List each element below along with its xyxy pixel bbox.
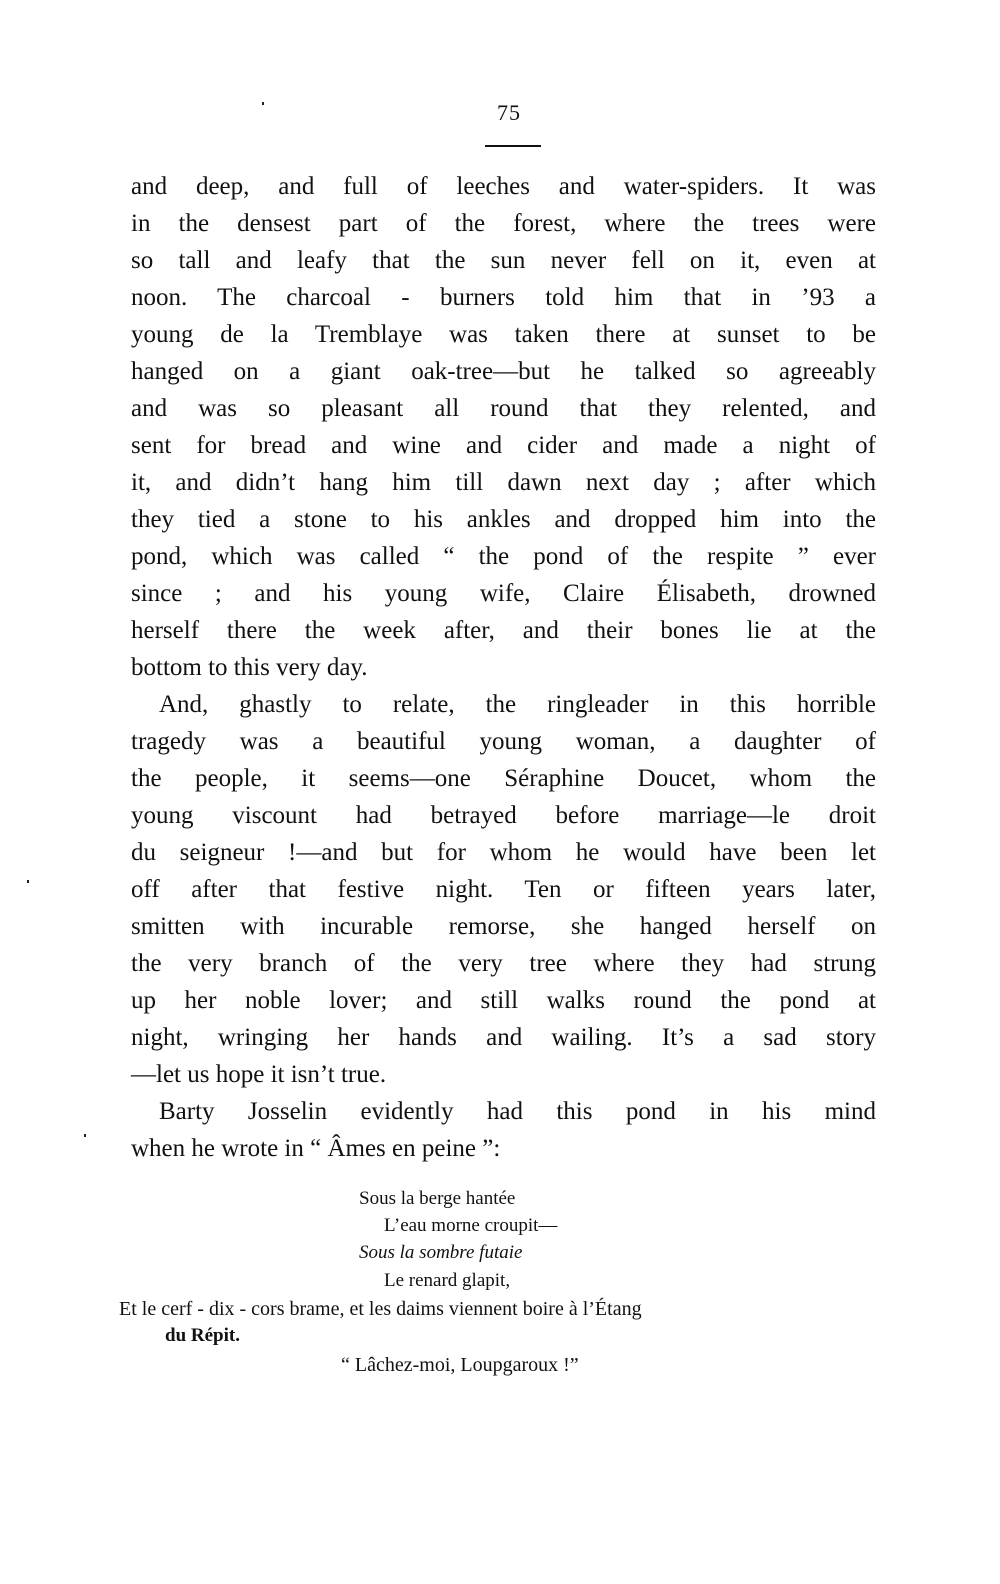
- text-line: when he wrote in “ Âmes en peine ”:: [131, 1130, 876, 1167]
- text-line: the very branch of the very tree where t…: [131, 945, 876, 982]
- text-line: since ; and his young wife, Claire Élisa…: [131, 575, 876, 612]
- verse-line: du Répit.: [165, 1321, 240, 1351]
- text-line: young viscount had betrayed before marri…: [131, 797, 876, 834]
- verse-line: Sous la berge hantée: [359, 1184, 515, 1214]
- text-line: hanged on a giant oak-tree—but he talked…: [131, 353, 876, 390]
- text-line: and was so pleasant all round that they …: [131, 390, 876, 427]
- text-line: —let us hope it isn’t true.: [131, 1056, 876, 1093]
- page-number: 75: [0, 100, 1000, 126]
- verse-line: Le renard glapit,: [384, 1266, 510, 1296]
- text-line: the people, it seems—one Séraphine Douce…: [131, 760, 876, 797]
- text-line: it, and didn’t hang him till dawn next d…: [131, 464, 876, 501]
- text-line: bottom to this very day.: [131, 649, 876, 686]
- text-line: in the densest part of the forest, where…: [131, 205, 876, 242]
- paragraph-start-line: And, ghastly to relate, the ringleader i…: [131, 686, 876, 723]
- text-line: noon. The charcoal - burners told him th…: [131, 279, 876, 316]
- text-line: sent for bread and wine and cider and ma…: [131, 427, 876, 464]
- body-text: and deep, and full of leeches and water-…: [131, 168, 876, 1167]
- page-number-rule: [485, 145, 541, 147]
- scan-speck: [84, 1134, 86, 1137]
- text-line: herself there the week after, and their …: [131, 612, 876, 649]
- text-line: tragedy was a beautiful young woman, a d…: [131, 723, 876, 760]
- verse-line: Et le cerf - dix - cors brame, et les da…: [119, 1294, 642, 1324]
- text-line: up her noble lover; and still walks roun…: [131, 982, 876, 1019]
- text-line: so tall and leafy that the sun never fel…: [131, 242, 876, 279]
- book-page: 75 and deep, and full of leeches and wat…: [0, 0, 1000, 1584]
- text-line: smitten with incurable remorse, she hang…: [131, 908, 876, 945]
- text-line: young de la Tremblaye was taken there at…: [131, 316, 876, 353]
- text-line: off after that festive night. Ten or fif…: [131, 871, 876, 908]
- verse-refrain: “ Lâchez-moi, Loupgaroux !”: [341, 1350, 579, 1380]
- verse-line: L’eau morne croupit—: [384, 1211, 557, 1241]
- verse-line: Sous la sombre futaie: [359, 1238, 522, 1268]
- text-line: night, wringing her hands and wailing. I…: [131, 1019, 876, 1056]
- text-line: du seigneur !—and but for whom he would …: [131, 834, 876, 871]
- scan-speck: [262, 102, 264, 105]
- text-line: and deep, and full of leeches and water-…: [131, 168, 876, 205]
- paragraph-start-line: Barty Josselin evidently had this pond i…: [131, 1093, 876, 1130]
- text-line: pond, which was called “ the pond of the…: [131, 538, 876, 575]
- text-line: they tied a stone to his ankles and drop…: [131, 501, 876, 538]
- scan-speck: [27, 880, 29, 883]
